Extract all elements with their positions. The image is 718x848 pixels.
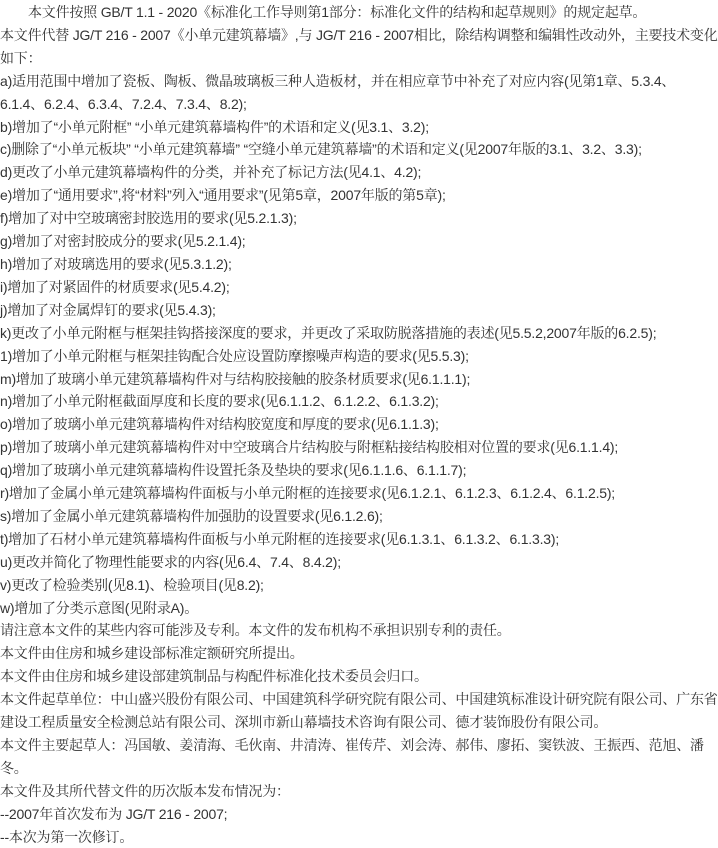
paragraph-change-j: j)增加了对金属焊钉的要求(见5.4.3); xyxy=(0,299,718,322)
foreword-text-block: 本文件按照 GB/T 1.1 - 2020《标准化工作导则第1部分：标准化文件的… xyxy=(0,1,718,848)
paragraph-change-b: b)增加了“小单元附框” “小单元建筑幕墙构件”的术语和定义(见3.1、3.2)… xyxy=(0,116,718,139)
paragraph-change-e: e)增加了“通用要求”,将“材料”列入“通用要求”(见第5章，2007年版的第5… xyxy=(0,184,718,207)
paragraph-change-k: k)更改了小单元附框与框架挂钩搭接深度的要求，并更改了采取防脱落措施的表述(见5… xyxy=(0,322,718,345)
paragraph-change-w: w)增加了分类示意图(见附录A)。 xyxy=(0,597,718,620)
paragraph-change-l: 1)增加了小单元附框与框架挂钩配合处应设置防摩擦噪声构造的要求(见5.5.3); xyxy=(0,345,718,368)
paragraph-edition-history-intro: 本文件及其所代替文件的历次版本发布情况为： xyxy=(0,780,718,803)
paragraph-change-p: p)增加了玻璃小单元建筑幕墙构件对中空玻璃合片结构胶与附框粘接结构胶相对位置的要… xyxy=(0,436,718,459)
paragraph-change-f: f)增加了对中空玻璃密封胶选用的要求(见5.2.1.3); xyxy=(0,207,718,230)
paragraph-change-g: g)增加了对密封胶成分的要求(见5.2.1.4); xyxy=(0,230,718,253)
paragraph-drafting-organizations: 本文件起草单位：中山盛兴股份有限公司、中国建筑科学研究院有限公司、中国建筑标准设… xyxy=(0,688,718,734)
paragraph-change-a: a)适用范围中增加了瓷板、陶板、微晶玻璃板三种人造板材，并在相应章节中补充了对应… xyxy=(0,70,718,116)
paragraph-change-d: d)更改了小单元建筑幕墙构件的分类，并补充了标记方法(见4.1、4.2); xyxy=(0,161,718,184)
paragraph-chief-drafters: 本文件主要起草人：冯国敏、姜清海、毛伙南、井清涛、崔传芹、刘会涛、郝伟、廖拓、窦… xyxy=(0,734,718,780)
paragraph-edition-2007: --2007年首次发布为 JG/T 216 - 2007; xyxy=(0,803,718,826)
paragraph-change-h: h)增加了对玻璃选用的要求(见5.3.1.2); xyxy=(0,253,718,276)
paragraph-change-u: u)更改并简化了物理性能要求的内容(见6.4、7.4、8.4.2); xyxy=(0,551,718,574)
paragraph-change-m: m)增加了玻璃小单元建筑幕墙构件对与结构胶接触的胶条材质要求(见6.1.1.1)… xyxy=(0,368,718,391)
paragraph-change-n: n)增加了小单元附框截面厚度和长度的要求(见6.1.1.2、6.1.2.2、6.… xyxy=(0,390,718,413)
paragraph-drafting-rule: 本文件按照 GB/T 1.1 - 2020《标准化工作导则第1部分：标准化文件的… xyxy=(0,1,718,24)
paragraph-change-v: v)更改了检验类别(见8.1)、检验项目(见8.2); xyxy=(0,574,718,597)
paragraph-change-i: i)增加了对紧固件的材质要求(见5.4.2); xyxy=(0,276,718,299)
paragraph-change-r: r)增加了金属小单元建筑幕墙构件面板与小单元附框的连接要求(见6.1.2.1、6… xyxy=(0,482,718,505)
paragraph-change-q: q)增加了玻璃小单元建筑幕墙构件设置托条及垫块的要求(见6.1.1.6、6.1.… xyxy=(0,459,718,482)
paragraph-change-c: c)删除了“小单元板块” “小单元建筑幕墙” “空缝小单元建筑幕墙”的术语和定义… xyxy=(0,138,718,161)
paragraph-edition-current: --本次为第一次修订。 xyxy=(0,826,718,848)
paragraph-change-s: s)增加了金属小单元建筑幕墙构件加强肋的设置要求(见6.1.2.6); xyxy=(0,505,718,528)
paragraph-centralized-by: 本文件由住房和城乡建设部建筑制品与构配件标准化技术委员会归口。 xyxy=(0,665,718,688)
paragraph-change-o: o)增加了玻璃小单元建筑幕墙构件对结构胶宽度和厚度的要求(见6.1.1.3); xyxy=(0,413,718,436)
paragraph-patent-notice: 请注意本文件的某些内容可能涉及专利。本文件的发布机构不承担识别专利的责任。 xyxy=(0,619,718,642)
document-page: 本文件按照 GB/T 1.1 - 2020《标准化工作导则第1部分：标准化文件的… xyxy=(0,0,718,848)
paragraph-change-t: t)增加了石材小单元建筑幕墙构件面板与小单元附框的连接要求(见6.1.3.1、6… xyxy=(0,528,718,551)
paragraph-replaces-statement: 本文件代替 JG/T 216 - 2007《小单元建筑幕墙》,与 JG/T 21… xyxy=(0,24,718,70)
paragraph-proposed-by: 本文件由住房和城乡建设部标准定额研究所提出。 xyxy=(0,642,718,665)
